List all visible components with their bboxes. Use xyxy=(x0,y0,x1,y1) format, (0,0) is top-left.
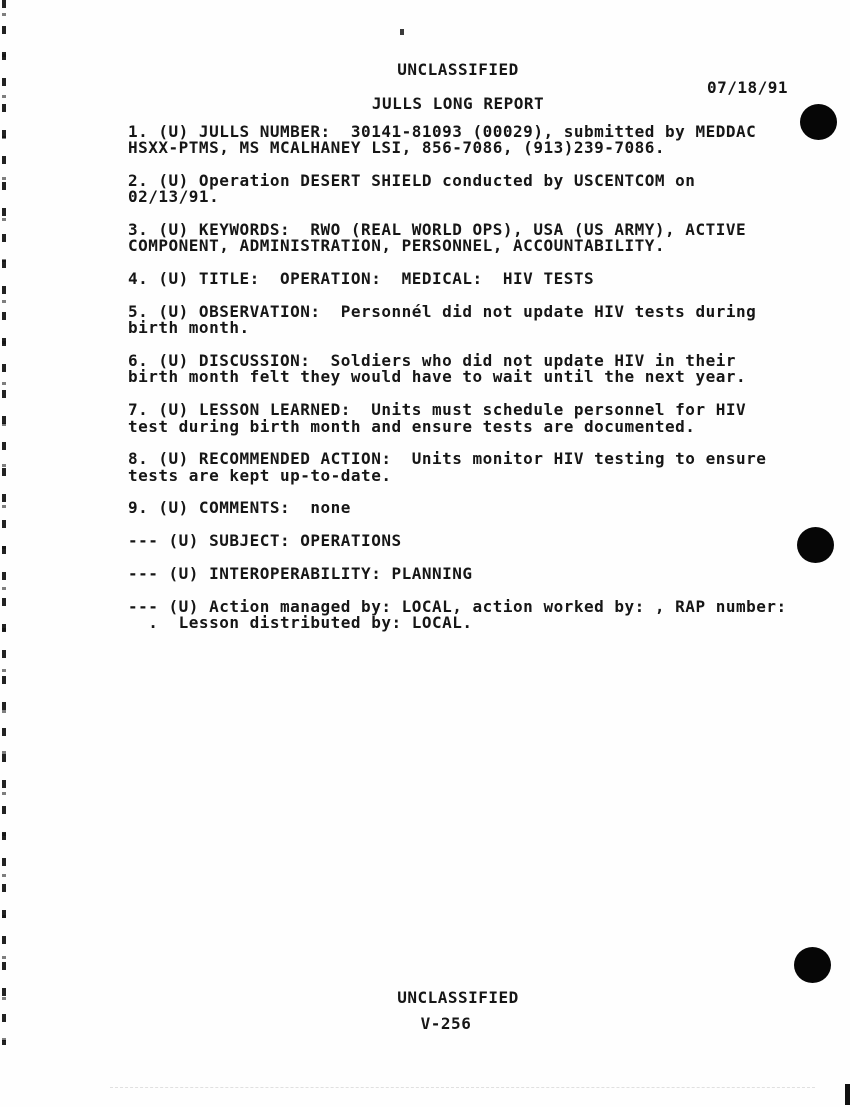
bottom-scan-line-artifact xyxy=(110,1087,815,1088)
hole-punch-dot xyxy=(797,527,834,563)
report-body: 1. (U) JULLS NUMBER: 30141-81093 (00029)… xyxy=(128,124,788,648)
footnote-subject: --- (U) SUBJECT: OPERATIONS xyxy=(128,533,788,549)
paragraph-title: 4. (U) TITLE: OPERATION: MEDICAL: HIV TE… xyxy=(128,271,788,287)
footnote-action-managed: --- (U) Action managed by: LOCAL, action… xyxy=(128,599,788,632)
page-number: V-256 xyxy=(128,1014,788,1033)
hole-punch-dot xyxy=(794,947,831,983)
paragraph-lesson-learned: 7. (U) LESSON LEARNED: Units must schedu… xyxy=(128,402,788,435)
paragraph-observation: 5. (U) OBSERVATION: Personnél did not up… xyxy=(128,304,788,337)
report-title: JULLS LONG REPORT xyxy=(128,94,788,113)
right-edge-scan-mark xyxy=(845,1084,850,1105)
paragraph-julls-number: 1. (U) JULLS NUMBER: 30141-81093 (00029)… xyxy=(128,124,788,157)
left-binding-scan-artifact xyxy=(2,0,6,1045)
footnote-interoperability: --- (U) INTEROPERABILITY: PLANNING xyxy=(128,566,788,582)
paragraph-operation: 2. (U) Operation DESERT SHIELD conducted… xyxy=(128,173,788,206)
classification-banner-bottom: UNCLASSIFIED xyxy=(128,988,788,1007)
scanned-document-page: UNCLASSIFIED 07/18/91 JULLS LONG REPORT … xyxy=(0,0,850,1107)
paragraph-discussion: 6. (U) DISCUSSION: Soldiers who did not … xyxy=(128,353,788,386)
scan-speck xyxy=(400,29,404,35)
paragraph-recommended-action: 8. (U) RECOMMENDED ACTION: Units monitor… xyxy=(128,451,788,484)
paragraph-keywords: 3. (U) KEYWORDS: RWO (REAL WORLD OPS), U… xyxy=(128,222,788,255)
classification-banner-top: UNCLASSIFIED xyxy=(128,60,788,79)
hole-punch-dot xyxy=(800,104,837,140)
paragraph-comments: 9. (U) COMMENTS: none xyxy=(128,500,788,516)
